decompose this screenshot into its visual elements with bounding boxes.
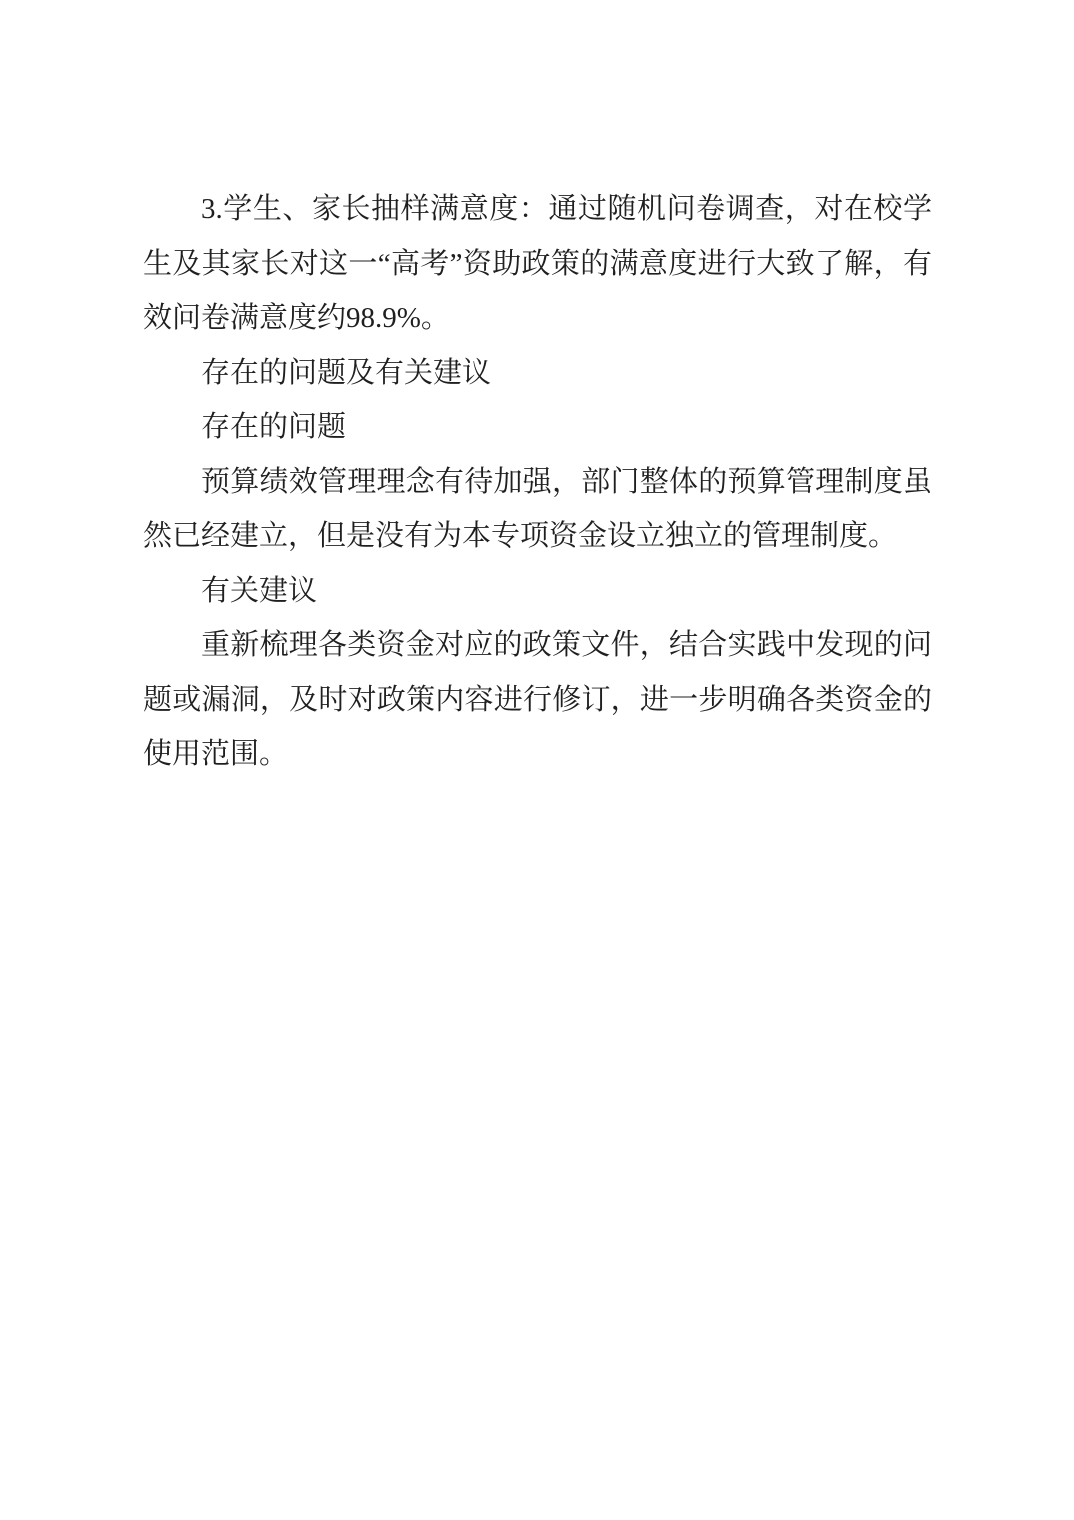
document-body: 3.学生、家长抽样满意度：通过随机问卷调查，对在校学生及其家长对这一“高考”资助…	[143, 182, 932, 782]
paragraph-satisfaction: 3.学生、家长抽样满意度：通过随机问卷调查，对在校学生及其家长对这一“高考”资助…	[143, 182, 932, 346]
paragraph-suggestions-detail: 重新梳理各类资金对应的政策文件，结合实践中发现的问题或漏洞，及时对政策内容进行修…	[143, 618, 932, 782]
heading-existing-problems: 存在的问题	[143, 400, 932, 455]
document-page: 3.学生、家长抽样满意度：通过随机问卷调查，对在校学生及其家长对这一“高考”资助…	[0, 0, 1074, 1520]
heading-suggestions: 有关建议	[143, 564, 932, 619]
paragraph-existing-problems-detail: 预算绩效管理理念有待加强，部门整体的预算管理制度虽然已经建立，但是没有为本专项资…	[143, 455, 932, 564]
heading-problems-and-suggestions: 存在的问题及有关建议	[143, 346, 932, 401]
